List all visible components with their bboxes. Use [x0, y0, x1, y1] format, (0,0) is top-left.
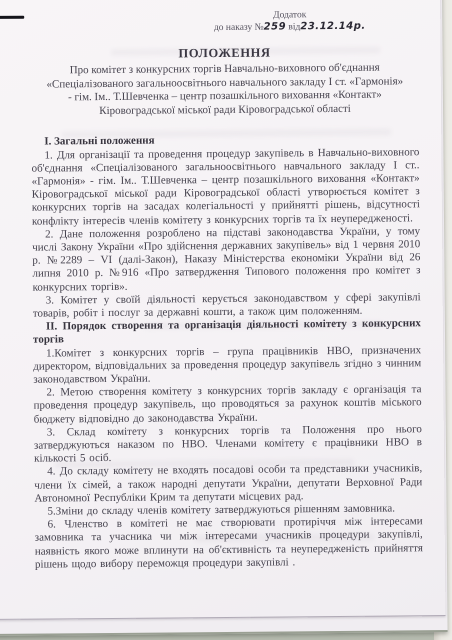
- section-2-paragraph-6: 6. Членство в комітеті не має створювати…: [35, 516, 423, 572]
- document-subtitle: Про комітет з конкурсних торгів Навчальн…: [44, 61, 406, 119]
- appendix-order-line: до наказу №259 від23.12.14р.: [197, 21, 382, 35]
- section-1-paragraph-2: 2. Дане положення розроблено на підставі…: [32, 225, 421, 294]
- paper-sheet: Додаток до наказу №259 від23.12.14р. ПОЛ…: [0, 0, 445, 620]
- scan-artifact-line: [0, 16, 24, 19]
- section-2-paragraph-4: 4. До складу комітету не входять посадов…: [34, 463, 422, 506]
- handwritten-order-number: 259: [264, 21, 286, 32]
- section-2-paragraph-1: 1.Комітет з конкурсних торгів – група пр…: [33, 344, 421, 387]
- appendix-note: Додаток до наказу №259 від23.12.14р.: [197, 9, 382, 35]
- document-photo: Додаток до наказу №259 від23.12.14р. ПОЛ…: [0, 0, 452, 640]
- handwritten-order-date: 23.12.14р.: [300, 21, 365, 33]
- section-1-paragraph-3: 3. Комітет у своїй діяльності керується …: [33, 291, 421, 321]
- date-prefix-text: від: [286, 22, 300, 32]
- section-1-paragraph-1: 1. Для організації та проведення процеду…: [31, 146, 420, 229]
- section-2-paragraph-2: 2. Метою створення комітету з конкурсних…: [33, 383, 421, 426]
- order-prefix-text: до наказу №: [214, 23, 264, 33]
- document-title: ПОЛОЖЕННЯ: [30, 44, 418, 62]
- section-2-paragraph-3: 3. Склад комітету з конкурсних торгів та…: [34, 423, 422, 466]
- section-2-heading: ІІ. Порядок створення та організація дія…: [33, 317, 421, 347]
